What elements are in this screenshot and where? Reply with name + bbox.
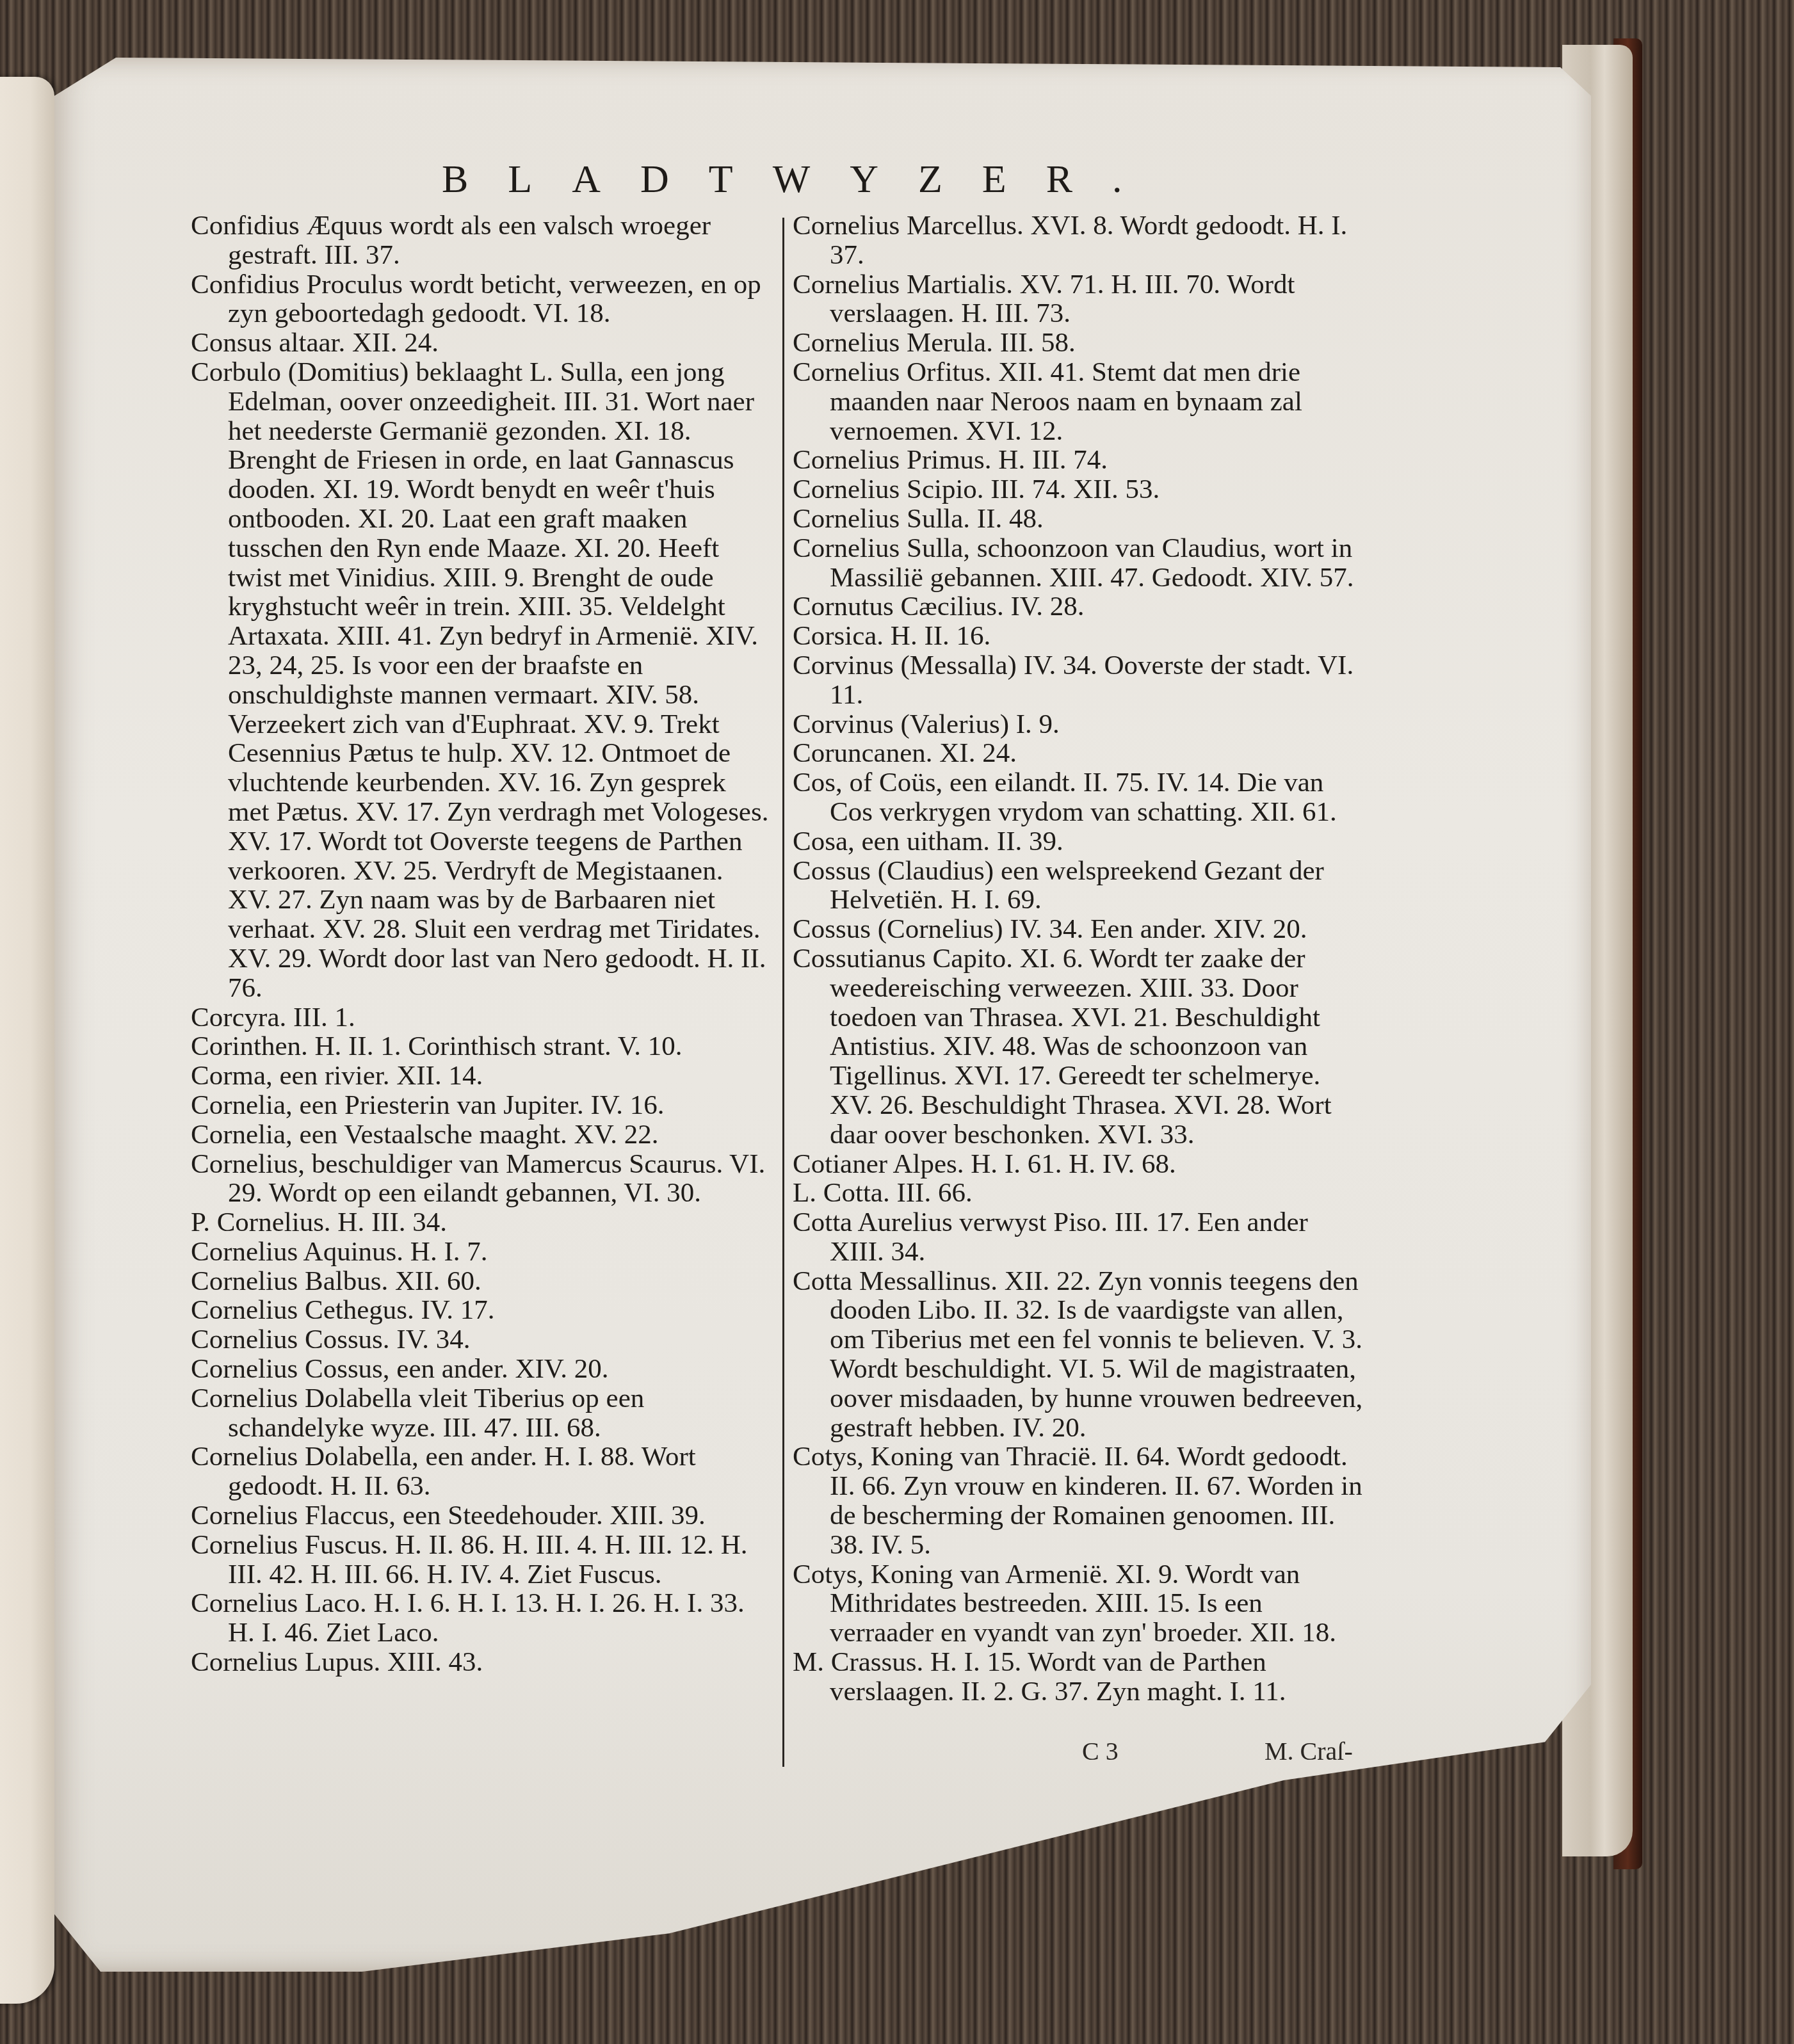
index-column-left: Confidius Æquus wordt als een valsch wro…	[191, 211, 770, 1677]
index-column-right: Cornelius Marcellus. XVI. 8. Wordt gedoo…	[793, 211, 1369, 1707]
index-entry: Consus altaar. XII. 24.	[191, 328, 770, 358]
index-entry: Cornelia, een Vestaalsche maaght. XV. 22…	[191, 1120, 770, 1150]
column-divider	[782, 218, 784, 1767]
index-entry: Cornelius Marcellus. XVI. 8. Wordt gedoo…	[793, 211, 1369, 270]
catchword: M. Craſ-	[1265, 1736, 1353, 1766]
index-entry: Cornutus Cæcilius. IV. 28.	[793, 592, 1369, 622]
index-entry: Cornelius Aquinus. H. I. 7.	[191, 1237, 770, 1267]
index-entry: Cotys, Koning van Thracië. II. 64. Wordt…	[793, 1442, 1369, 1559]
index-entry: Cornelius Sulla, schoonzoon van Claudius…	[793, 534, 1369, 593]
index-entry: Corinthen. H. II. 1. Corinthisch strant.…	[191, 1032, 770, 1061]
index-entry: Cornelius Balbus. XII. 60.	[191, 1267, 770, 1296]
index-entry: Cossutianus Capito. XI. 6. Wordt ter zaa…	[793, 944, 1369, 1150]
index-entry: Corvinus (Messalla) IV. 34. Ooverste der…	[793, 651, 1369, 710]
signature-mark: C 3	[1082, 1736, 1119, 1766]
page-heading: BLADTWYZER.	[442, 157, 1146, 202]
index-entry: Confidius Proculus wordt beticht, verwee…	[191, 270, 770, 329]
index-entry: Confidius Æquus wordt als een valsch wro…	[191, 211, 770, 270]
index-entry: Cornelius Sulla. II. 48.	[793, 504, 1369, 534]
index-entry: Cornelius Orfitus. XII. 41. Stemt dat me…	[793, 358, 1369, 446]
facing-left-page	[0, 77, 54, 2004]
index-entry: Cornelius Dolabella vleit Tiberius op ee…	[191, 1384, 770, 1443]
index-entry: Cornelius Cethegus. IV. 17.	[191, 1296, 770, 1325]
index-entry: Cornelius Flaccus, een Steedehouder. XII…	[191, 1501, 770, 1531]
index-entry: Corsica. H. II. 16.	[793, 622, 1369, 651]
index-entry: L. Cotta. III. 66.	[793, 1179, 1369, 1208]
index-entry: Coruncanen. XI. 24.	[793, 739, 1369, 768]
index-entry: Corvinus (Valerius) I. 9.	[793, 710, 1369, 739]
index-entry: Cornelius Cossus, een ander. XIV. 20.	[191, 1355, 770, 1384]
index-entry: Cornelius Fuscus. H. II. 86. H. III. 4. …	[191, 1531, 770, 1589]
index-entry: Cornelius Merula. III. 58.	[793, 328, 1369, 358]
index-entry: Cornelius Scipio. III. 74. XII. 53.	[793, 475, 1369, 504]
index-entry: Cotianer Alpes. H. I. 61. H. IV. 68.	[793, 1150, 1369, 1179]
index-entry: Cornelius Martialis. XV. 71. H. III. 70.…	[793, 270, 1369, 329]
index-entry: Cotta Aurelius verwyst Piso. III. 17. Ee…	[793, 1208, 1369, 1267]
index-entry: Cornelius Lupus. XIII. 43.	[191, 1648, 770, 1677]
index-entry: Cosa, een uitham. II. 39.	[793, 827, 1369, 857]
index-entry: Cornelia, een Priesterin van Jupiter. IV…	[191, 1091, 770, 1120]
index-entry: Cornelius, beschuldiger van Mamercus Sca…	[191, 1150, 770, 1209]
index-entry: Cornelius Dolabella, een ander. H. I. 88…	[191, 1442, 770, 1501]
index-entry: M. Crassus. H. I. 15. Wordt van de Parth…	[793, 1648, 1369, 1707]
index-entry: Corbulo (Domitius) beklaaght L. Sulla, e…	[191, 358, 770, 1003]
index-entry: Cornelius Primus. H. III. 74.	[793, 446, 1369, 475]
index-entry: Cotys, Koning van Armenië. XI. 9. Wordt …	[793, 1560, 1369, 1648]
index-entry: Corma, een rivier. XII. 14.	[191, 1061, 770, 1091]
index-entry: Cossus (Claudius) een welspreekend Gezan…	[793, 857, 1369, 915]
index-entry: Cos, of Coüs, een eilandt. II. 75. IV. 1…	[793, 768, 1369, 827]
index-entry: P. Cornelius. H. III. 34.	[191, 1208, 770, 1237]
index-entry: Cotta Messallinus. XII. 22. Zyn vonnis t…	[793, 1267, 1369, 1443]
index-entry: Cossus (Cornelius) IV. 34. Een ander. XI…	[793, 915, 1369, 944]
index-entry: Corcyra. III. 1.	[191, 1003, 770, 1033]
index-entry: Cornelius Laco. H. I. 6. H. I. 13. H. I.…	[191, 1589, 770, 1648]
index-entry: Cornelius Cossus. IV. 34.	[191, 1325, 770, 1355]
